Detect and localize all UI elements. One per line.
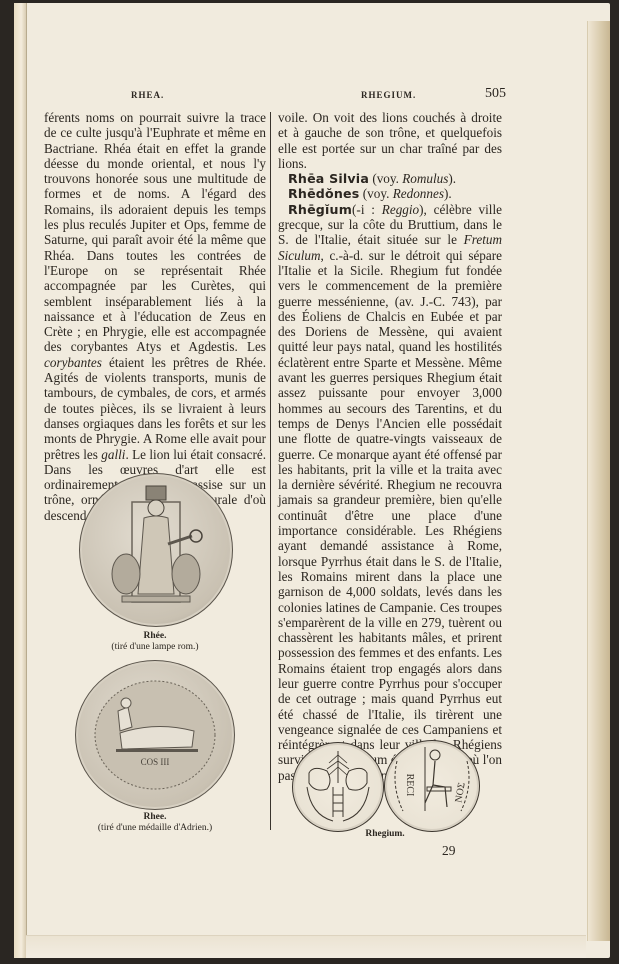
body-text: étaient les prêtres de Rhée. Agités de v… <box>44 355 266 462</box>
svg-text:RECI: RECI <box>404 774 415 797</box>
svg-text:COS III: COS III <box>141 757 170 767</box>
body-text: férents noms on pourrait suivre la trace… <box>44 110 266 354</box>
page-gutter-edge <box>14 3 27 958</box>
entry-rhegium: Rhēgĭum(-i : Reggio), célèbre ville grec… <box>278 202 502 783</box>
left-column: férents noms on pourrait suivre la trace… <box>44 110 266 523</box>
genitive: (-i : <box>352 202 382 217</box>
rhegium-coin-reverse: RECI NOΣ <box>384 740 480 832</box>
body-text: ). <box>448 171 456 186</box>
body-text: , c.-à-d. sur le détroit qui sépare l'It… <box>278 248 502 783</box>
caption-title: Rhée. <box>80 631 230 642</box>
svg-text:NOΣ: NOΣ <box>453 781 467 803</box>
entry-rhea-silvia: Rhēa Silvia (voy. Romulus). <box>278 171 502 186</box>
rhea-lamp-illustration <box>79 473 233 627</box>
modern-name: Reggio <box>382 202 419 217</box>
hadrian-medal-illustration: COS III <box>75 660 235 810</box>
running-head-left: RHEA. <box>131 90 164 100</box>
cross-reference: Redonnes <box>393 186 444 201</box>
headword: Rhēa Silvia <box>288 171 369 186</box>
right-column: voile. On voit des lions couchés à droit… <box>278 110 502 783</box>
rhegium-coin-obverse <box>292 742 384 832</box>
page-bottom-edge <box>26 935 586 958</box>
caption-title: Rhee. <box>60 812 250 823</box>
body-text: (voy. <box>369 171 402 186</box>
italic-term: galli <box>101 447 125 462</box>
article-rhea-continuation: férents noms on pourrait suivre la trace… <box>44 110 266 523</box>
page-number: 505 <box>485 86 506 102</box>
cross-reference: Romulus <box>402 171 448 186</box>
headword: Rhēdŏnes <box>288 186 359 201</box>
figure-2-caption: Rhee. (tiré d'une médaille d'Adrien.) <box>60 812 250 834</box>
figure-1-caption: Rhée. (tiré d'une lampe rom.) <box>80 631 230 653</box>
caption-subtitle: (tiré d'une lampe rom.) <box>80 642 230 653</box>
lion-mask-icon <box>293 743 383 831</box>
entry-rhedones: Rhēdŏnes (voy. Redonnes). <box>278 186 502 201</box>
enthroned-goddess-icon <box>80 474 232 626</box>
running-head-right: RHEGIUM. <box>361 90 416 100</box>
figure-3-caption: Rhegium. <box>360 829 410 840</box>
body-text: ). <box>444 186 452 201</box>
body-text: (voy. <box>359 186 392 201</box>
headword: Rhēgĭum <box>288 202 352 217</box>
lion-chariot-icon: COS III <box>76 661 234 809</box>
seated-figure-icon: RECI NOΣ <box>385 741 479 831</box>
article-rhea-end: voile. On voit des lions couchés à droit… <box>278 110 502 171</box>
caption-subtitle: (tiré d'une médaille d'Adrien.) <box>60 823 250 834</box>
signature-mark: 29 <box>442 843 456 859</box>
italic-term: corybantes <box>44 355 102 370</box>
page-fore-edge <box>587 21 610 941</box>
column-rule <box>270 112 271 830</box>
